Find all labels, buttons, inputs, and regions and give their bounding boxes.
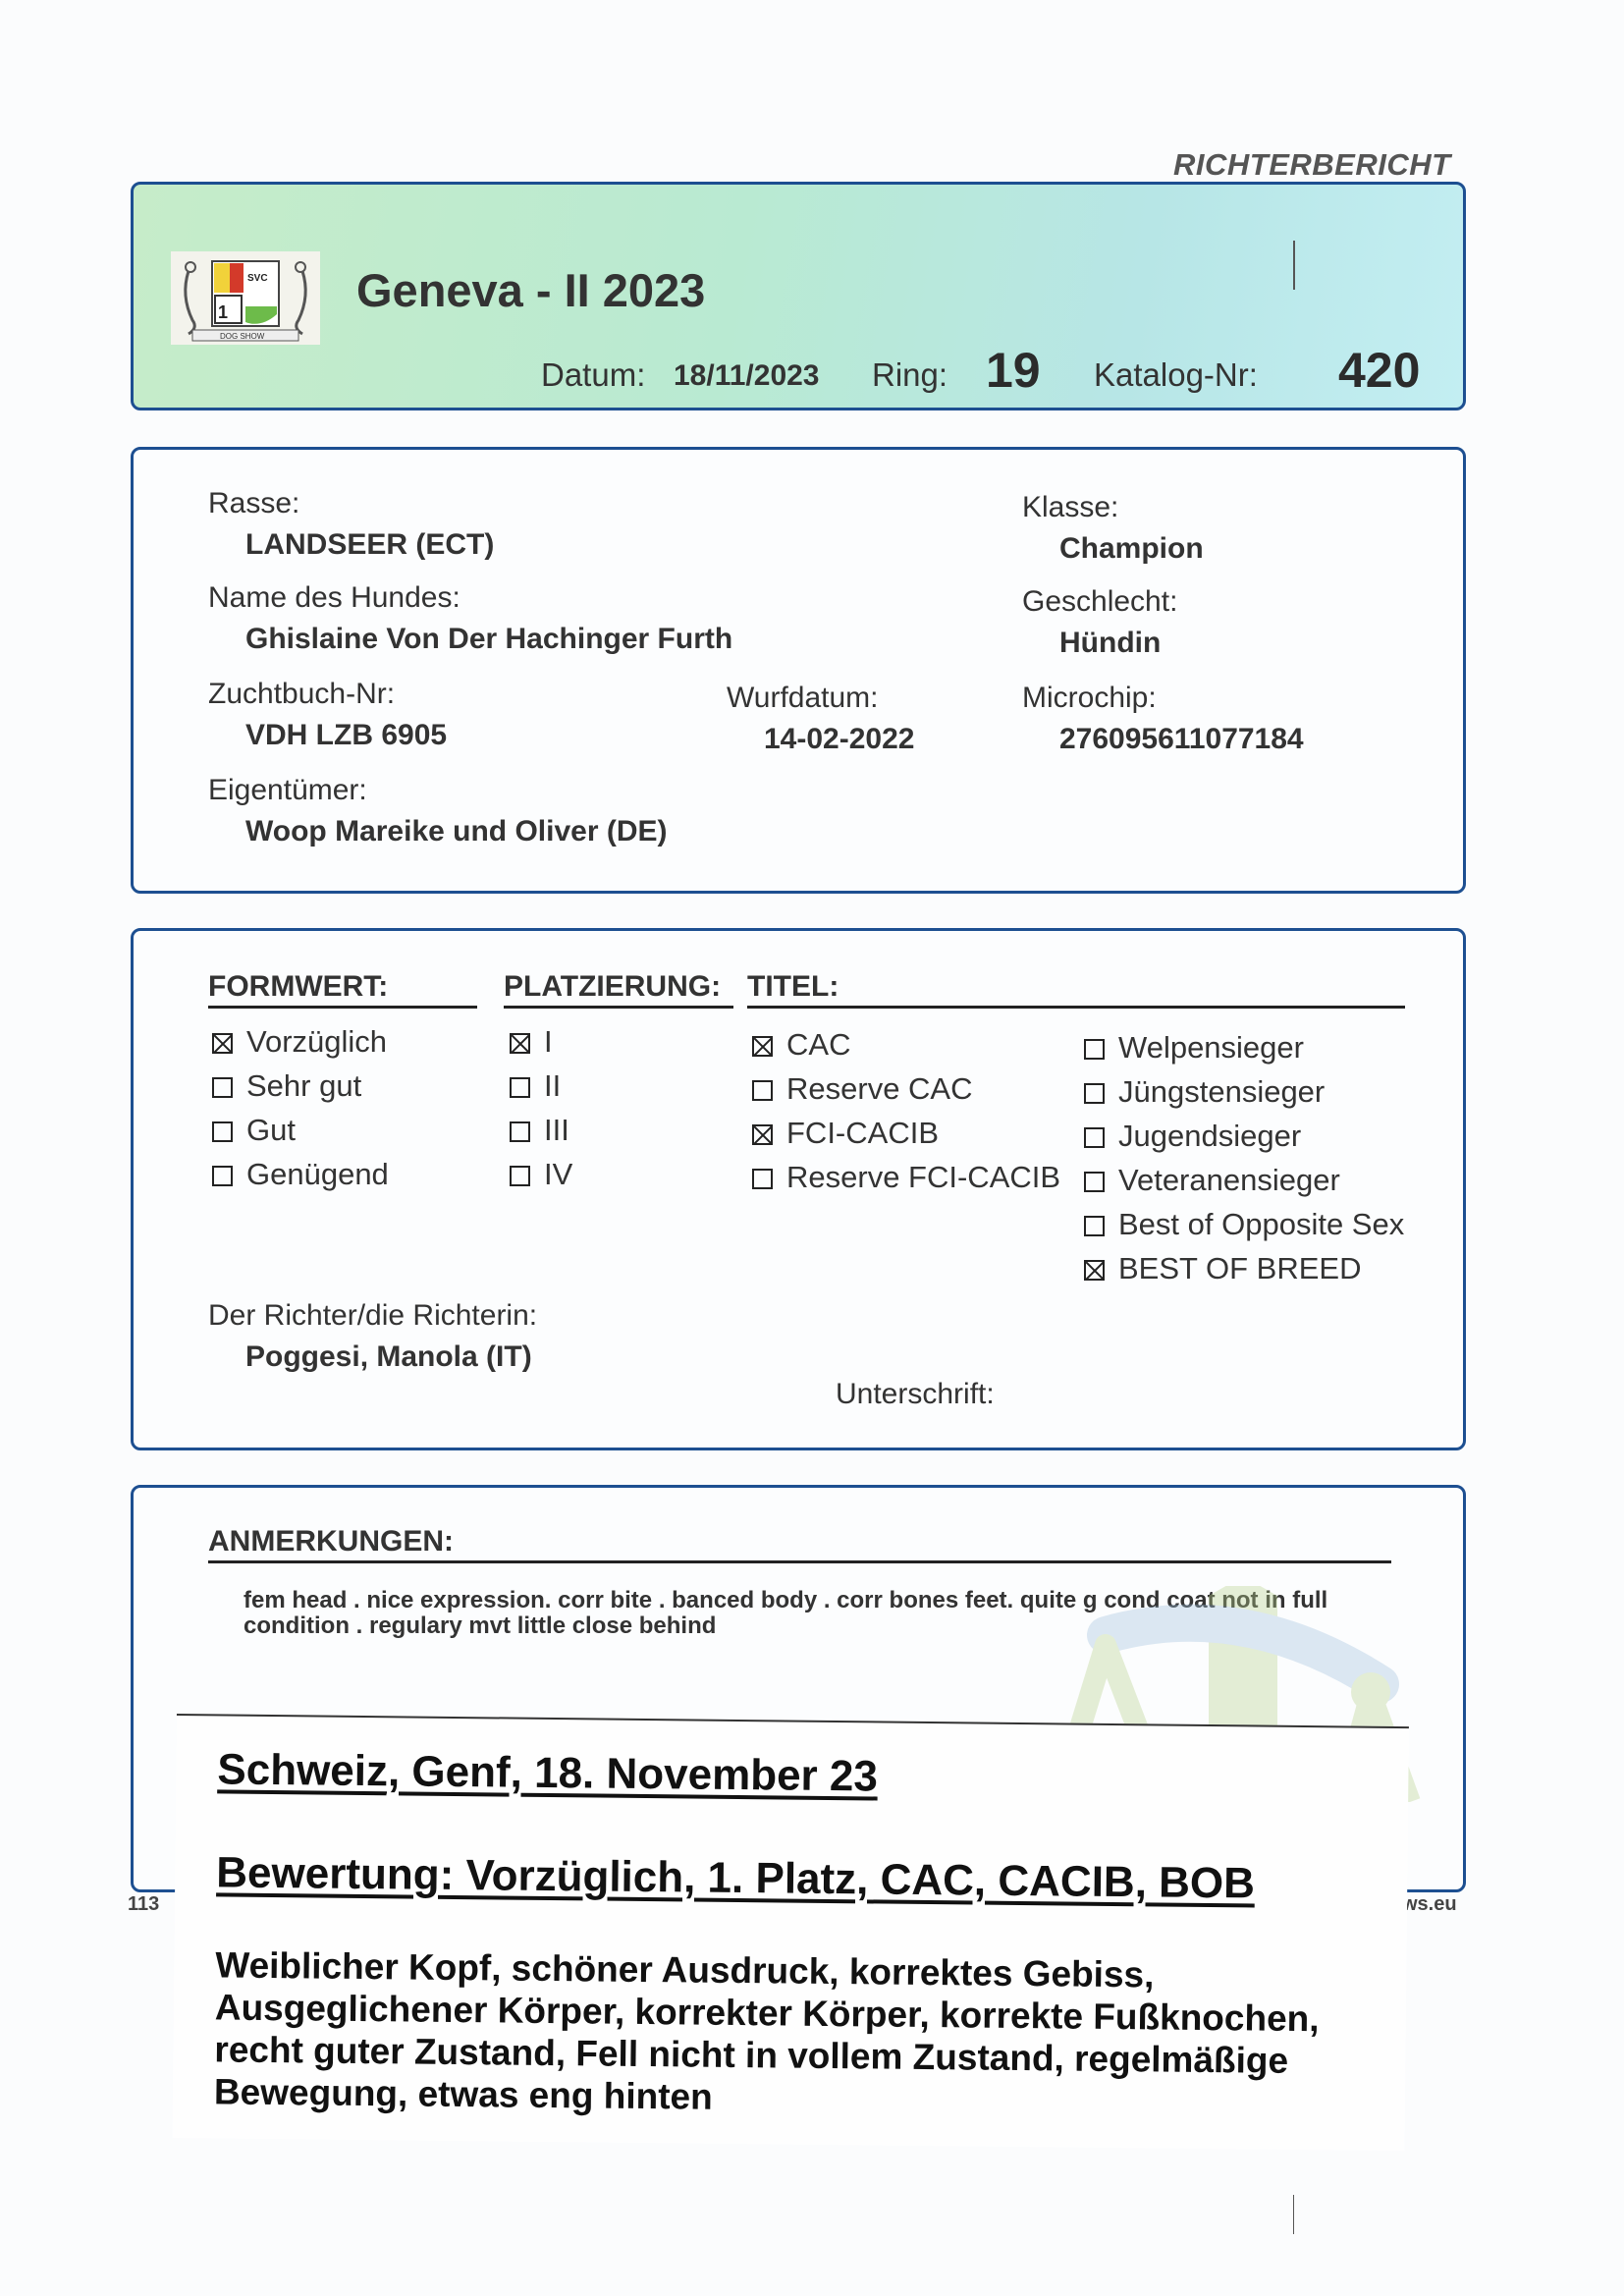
formwert-heading: FORMWERT: <box>208 970 477 1009</box>
breed-label: Rasse: <box>208 487 494 520</box>
checkbox-label: IV <box>544 1157 572 1191</box>
svg-text:1: 1 <box>218 302 228 322</box>
checkbox-label: BEST OF BREED <box>1118 1251 1362 1285</box>
class-field: Klasse: Champion <box>1022 491 1204 566</box>
svg-text:SVC: SVC <box>247 273 268 284</box>
scan-mark <box>1293 241 1295 290</box>
checkbox-option[interactable]: Jüngstensieger <box>1084 1069 1404 1114</box>
checkbox-option[interactable]: Best of Opposite Sex <box>1084 1202 1404 1246</box>
checkbox-label: Best of Opposite Sex <box>1118 1207 1404 1241</box>
signature-label: Unterschrift: <box>836 1378 995 1411</box>
checkbox-label: Welpensieger <box>1118 1030 1304 1065</box>
checkbox-option[interactable]: BEST OF BREED <box>1084 1246 1404 1290</box>
checkbox-empty-icon[interactable] <box>510 1121 530 1142</box>
event-header: SVC 1 DOG SHOW Geneva - II 2023 Datum: 1… <box>131 182 1466 410</box>
dog-info-panel: Rasse: LANDSEER (ECT) Klasse: Champion N… <box>131 447 1466 894</box>
studbook-value: VDH LZB 6905 <box>245 719 447 752</box>
sex-label: Geschlecht: <box>1022 585 1177 619</box>
checkbox-option[interactable]: Veteranensieger <box>1084 1158 1404 1202</box>
checkbox-empty-icon[interactable] <box>212 1077 233 1098</box>
checkbox-label: Sehr gut <box>246 1068 361 1103</box>
checkbox-checked-icon[interactable] <box>752 1124 773 1145</box>
owner-value: Woop Mareike und Oliver (DE) <box>245 815 668 848</box>
checkbox-label: Gut <box>246 1113 296 1147</box>
site-footer-fragment: ws.eu <box>1402 1893 1457 1916</box>
sex-value: Hündin <box>1059 627 1177 660</box>
ring-label: Ring: <box>872 356 947 394</box>
microchip-label: Microchip: <box>1022 682 1304 715</box>
studbook-field: Zuchtbuch-Nr: VDH LZB 6905 <box>208 678 447 752</box>
checkbox-label: Genügend <box>246 1157 389 1191</box>
checkbox-empty-icon[interactable] <box>212 1121 233 1142</box>
titel-options-col1: CACReserve CACFCI-CACIBReserve FCI-CACIB <box>752 1022 1060 1199</box>
event-name: Geneva - II 2023 <box>356 263 705 317</box>
scan-mark <box>1293 2195 1294 2234</box>
titel-options-col2: WelpensiegerJüngstensiegerJugendsiegerVe… <box>1084 1025 1404 1290</box>
ring-value: 19 <box>986 342 1041 399</box>
checkbox-empty-icon[interactable] <box>212 1166 233 1186</box>
checkbox-label: Reserve FCI-CACIB <box>786 1160 1060 1194</box>
checkbox-empty-icon[interactable] <box>510 1166 530 1186</box>
catalog-value: 420 <box>1338 342 1420 399</box>
checkbox-option[interactable]: Jugendsieger <box>1084 1114 1404 1158</box>
judge-name: Poggesi, Manola (IT) <box>245 1340 537 1374</box>
checkbox-label: FCI-CACIB <box>786 1116 939 1150</box>
checkbox-option[interactable]: Reserve FCI-CACIB <box>752 1155 1060 1199</box>
checkbox-option[interactable]: Sehr gut <box>212 1064 389 1108</box>
checkbox-option[interactable]: Genügend <box>212 1152 389 1196</box>
checkbox-label: Jüngstensieger <box>1118 1074 1325 1109</box>
checkbox-label: II <box>544 1068 561 1103</box>
checkbox-empty-icon[interactable] <box>510 1077 530 1098</box>
svg-text:DOG SHOW: DOG SHOW <box>220 332 265 341</box>
checkbox-label: Vorzüglich <box>246 1024 387 1059</box>
note-translated-remarks: Weiblicher Kopf, schöner Ausdruck, korre… <box>214 1943 1394 2125</box>
judge-label: Der Richter/die Richterin: <box>208 1299 537 1333</box>
checkbox-label: CAC <box>786 1027 850 1062</box>
checkbox-label: Reserve CAC <box>786 1071 973 1106</box>
checkbox-option[interactable]: III <box>510 1108 572 1152</box>
checkbox-checked-icon[interactable] <box>212 1033 233 1054</box>
catalog-label: Katalog-Nr: <box>1094 356 1258 394</box>
document-title: RICHTERBERICHT <box>1173 147 1451 183</box>
note-result-summary: Bewertung: Vorzüglich, 1. Platz, CAC, CA… <box>216 1848 1255 1908</box>
dog-name-value: Ghislaine Von Der Hachinger Furth <box>245 623 732 656</box>
birthdate-value: 14-02-2022 <box>764 723 914 756</box>
note-location-date: Schweiz, Genf, 18. November 23 <box>217 1745 878 1801</box>
checkbox-option[interactable]: Welpensieger <box>1084 1025 1404 1069</box>
checkbox-label: Jugendsieger <box>1118 1119 1301 1153</box>
checkbox-label: Veteranensieger <box>1118 1163 1340 1197</box>
dog-name-field: Name des Hundes: Ghislaine Von Der Hachi… <box>208 581 732 656</box>
checkbox-empty-icon[interactable] <box>1084 1127 1105 1148</box>
date-label: Datum: <box>541 356 645 394</box>
translation-note: Schweiz, Genf, 18. November 23 Bewertung… <box>172 1714 1408 2151</box>
svc-dog-show-crest-icon: SVC 1 DOG SHOW <box>171 251 320 345</box>
checkbox-option[interactable]: IV <box>510 1152 572 1196</box>
evaluation-panel: FORMWERT: PLATZIERUNG: TITEL: Vorzüglich… <box>131 928 1466 1450</box>
platzierung-options: IIIIIIIV <box>510 1019 572 1196</box>
judge-field: Der Richter/die Richterin: Poggesi, Mano… <box>208 1299 537 1374</box>
remarks-heading: ANMERKUNGEN: <box>208 1525 1391 1563</box>
birthdate-field: Wurfdatum: 14-02-2022 <box>727 682 914 756</box>
birthdate-label: Wurfdatum: <box>727 682 914 715</box>
formwert-options: VorzüglichSehr gutGutGenügend <box>212 1019 389 1196</box>
checkbox-option[interactable]: CAC <box>752 1022 1060 1066</box>
page-number: 113 <box>128 1893 159 1916</box>
checkbox-label: I <box>544 1024 553 1059</box>
checkbox-label: III <box>544 1113 569 1147</box>
checkbox-option[interactable]: FCI-CACIB <box>752 1111 1060 1155</box>
checkbox-empty-icon[interactable] <box>752 1169 773 1189</box>
studbook-label: Zuchtbuch-Nr: <box>208 678 447 711</box>
sex-field: Geschlecht: Hündin <box>1022 585 1177 660</box>
checkbox-checked-icon[interactable] <box>752 1036 773 1057</box>
checkbox-option[interactable]: Vorzüglich <box>212 1019 389 1064</box>
breed-value: LANDSEER (ECT) <box>245 528 494 562</box>
checkbox-empty-icon[interactable] <box>1084 1039 1105 1060</box>
checkbox-empty-icon[interactable] <box>1084 1216 1105 1236</box>
signature-field: Unterschrift: <box>836 1378 995 1411</box>
checkbox-checked-icon[interactable] <box>1084 1260 1105 1281</box>
platzierung-heading: PLATZIERUNG: <box>504 970 733 1009</box>
checkbox-option[interactable]: Reserve CAC <box>752 1066 1060 1111</box>
dog-name-label: Name des Hundes: <box>208 581 732 615</box>
titel-heading: TITEL: <box>747 970 1405 1009</box>
microchip-field: Microchip: 276095611077184 <box>1022 682 1304 756</box>
checkbox-empty-icon[interactable] <box>1084 1083 1105 1104</box>
class-label: Klasse: <box>1022 491 1204 524</box>
checkbox-checked-icon[interactable] <box>510 1033 530 1054</box>
date-value: 18/11/2023 <box>674 359 820 393</box>
owner-field: Eigentümer: Woop Mareike und Oliver (DE) <box>208 774 668 848</box>
checkbox-empty-icon[interactable] <box>752 1080 773 1101</box>
breed-field: Rasse: LANDSEER (ECT) <box>208 487 494 562</box>
checkbox-option[interactable]: Gut <box>212 1108 389 1152</box>
checkbox-empty-icon[interactable] <box>1084 1172 1105 1192</box>
checkbox-option[interactable]: I <box>510 1019 572 1064</box>
checkbox-option[interactable]: II <box>510 1064 572 1108</box>
microchip-value: 276095611077184 <box>1059 723 1304 756</box>
owner-label: Eigentümer: <box>208 774 668 807</box>
class-value: Champion <box>1059 532 1204 566</box>
